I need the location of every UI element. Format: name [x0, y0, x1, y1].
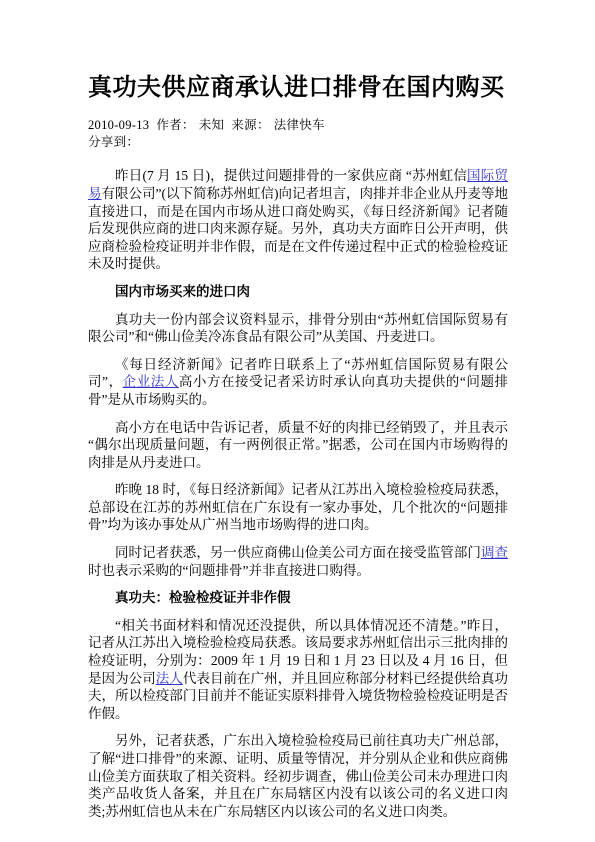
paragraph: “相关书面材料和情况还没提供，所以具体情况还不清楚。”昨日，记者从江苏出入境检验…	[88, 617, 508, 723]
text-run: 时也表示采购的“问题排骨”并非直接进口购得。	[88, 563, 370, 578]
text-run: 有限公司”(以下简称苏州虹信)向记者坦言，肉排并非企业从丹麦等地直接进口，而是在…	[88, 186, 508, 271]
paragraph: 昨日(7 月 15 日)，提供过问题排骨的一家供应商 “苏州虹信国际贸易有限公司…	[88, 167, 508, 273]
article-body: 昨日(7 月 15 日)，提供过问题排骨的一家供应商 “苏州虹信国际贸易有限公司…	[88, 167, 508, 820]
text-run: 国内市场买来的进口肉	[115, 284, 250, 299]
text-run: 高小方在电话中告诉记者，质量不好的肉排已经销毁了，并且表示“偶尔出现质量问题，有…	[88, 420, 508, 470]
source-label: 来源：	[231, 118, 269, 132]
article-meta: 2010-09-13作者：未知来源：法律快车	[88, 117, 508, 134]
text-run: 真功夫一份内部会议资料显示，排骨分别由“苏州虹信国际贸易有限公司”和“佛山俭美冷…	[88, 312, 508, 345]
share-label: 分享到：	[88, 134, 508, 151]
inline-link[interactable]: 法人	[156, 671, 183, 686]
section-heading: 真功夫：检验检疫证并非作假	[88, 589, 508, 607]
author-value: 未知	[199, 118, 225, 132]
text-run: 昨日(7 月 15 日)，提供过问题排骨的一家供应商 “苏州虹信	[115, 168, 467, 183]
paragraph: 高小方在电话中告诉记者，质量不好的肉排已经销毁了，并且表示“偶尔出现质量问题，有…	[88, 419, 508, 472]
text-run: 同时记者获悉，另一供应商佛山俭美公司方面在接受监管部门	[115, 545, 481, 560]
source-value: 法律快车	[274, 118, 325, 132]
inline-link[interactable]: 企业法人	[123, 374, 179, 389]
author-label: 作者：	[156, 118, 194, 132]
inline-link[interactable]: 调查	[481, 545, 508, 560]
article-page: 真功夫供应商承认进口排骨在国内购买 2010-09-13作者：未知来源：法律快车…	[0, 0, 595, 842]
paragraph: 《每日经济新闻》记者昨日联系上了“苏州虹信国际贸易有限公司”，企业法人高小方在接…	[88, 356, 508, 409]
paragraph: 昨晚 18 时，《每日经济新闻》记者从江苏出入境检验检疫局获悉，总部设在江苏的苏…	[88, 481, 508, 534]
paragraph: 另外，记者获悉，广东出入境检验检疫局已前往真功夫广州总部，了解“进口排骨”的来源…	[88, 732, 508, 820]
section-heading: 国内市场买来的进口肉	[88, 283, 508, 301]
article-date: 2010-09-13	[88, 118, 149, 132]
text-run: 昨晚 18 时，《每日经济新闻》记者从江苏出入境检验检疫局获悉，总部设在江苏的苏…	[88, 482, 508, 532]
paragraph: 真功夫一份内部会议资料显示，排骨分别由“苏州虹信国际贸易有限公司”和“佛山俭美冷…	[88, 311, 508, 346]
text-run: 另外，记者获悉，广东出入境检验检疫局已前往真功夫广州总部，了解“进口排骨”的来源…	[88, 733, 508, 818]
paragraph: 同时记者获悉，另一供应商佛山俭美公司方面在接受监管部门调查时也表示采购的“问题排…	[88, 544, 508, 579]
article-title: 真功夫供应商承认进口排骨在国内购买	[88, 72, 508, 104]
text-run: 真功夫：检验检疫证并非作假	[115, 590, 291, 605]
